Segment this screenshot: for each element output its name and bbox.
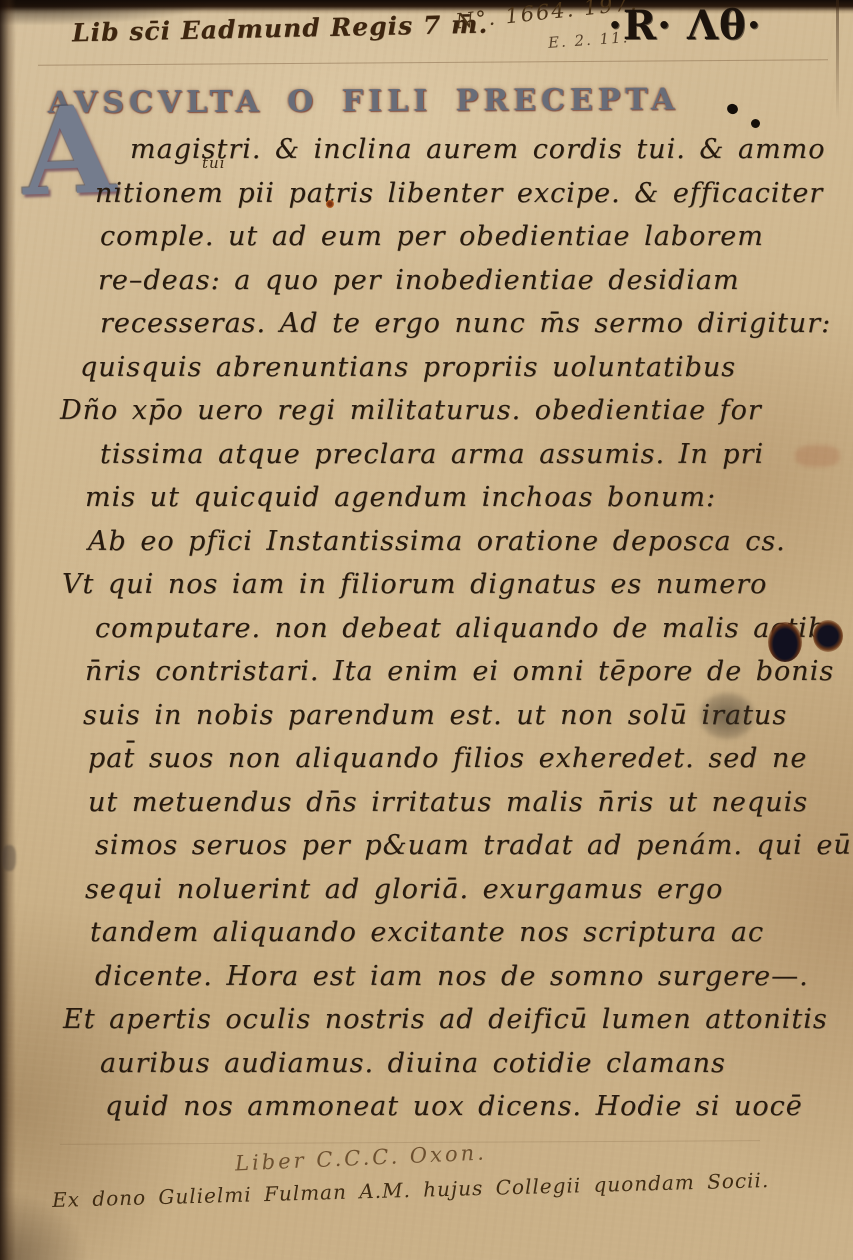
wax-speck <box>326 200 334 208</box>
manuscript-text-line: n̄ris contristari. Ita enim ei omni tēpo… <box>60 650 820 694</box>
page-edge-crease <box>836 0 839 120</box>
main-text-block: magistri. & inclina aurem cordis tui. & … <box>60 128 820 1129</box>
page-edge-left <box>0 0 16 1260</box>
manuscript-text-line: computare. non debeat aliquando de malis… <box>60 607 820 651</box>
manuscript-text-line: Dño xp̄o uero regi militaturus. obedient… <box>60 389 820 433</box>
manuscript-text-line: Vt qui nos iam in filiorum dignatus es n… <box>60 563 820 607</box>
ink-spot <box>751 119 760 128</box>
incipit-heading: AVSCVLTA O FILI PRECEPTA <box>48 82 688 120</box>
manuscript-text-line: tandem aliquando excitante nos scriptura… <box>60 911 820 955</box>
manuscript-text-line: quisquis abrenuntians propriis uoluntati… <box>60 346 820 390</box>
manuscript-text-line: recesseras. Ad te ergo nunc m̄s sermo di… <box>60 302 820 346</box>
manuscript-text-line: pat̄ suos non aliquando filios exheredet… <box>60 737 820 781</box>
manuscript-text-line: Ab eo pfici Instantissima oratione depos… <box>60 520 820 564</box>
manuscript-page: Lib sc̄i Eadmund Regis 7 m̄. N°. 1664. 1… <box>0 0 853 1260</box>
manuscript-text-line: mis ut quicquid agendum inchoas bonum: <box>60 476 820 520</box>
pressmark-letters: ·R· Λθ· <box>608 2 762 49</box>
manuscript-text-line: auribus audiamus. diuina cotidie clamans <box>60 1042 820 1086</box>
manuscript-text-line: re–deas: a quo per inobedientiae desidia… <box>60 259 820 303</box>
manuscript-text-line: tissima atque preclara arma assumis. In … <box>60 433 820 477</box>
manuscript-text-line: comple. ut ad eum per obedientiae labore… <box>60 215 820 259</box>
manuscript-text-line: sequi noluerint ad gloriā. exurgamus erg… <box>60 868 820 912</box>
manuscript-text-line: Et apertis oculis nostris ad deificū lum… <box>60 998 820 1042</box>
manuscript-text-line: simos seruos per p&uam tradat ad penám. … <box>60 824 820 868</box>
manuscript-text-line: magistri. & inclina aurem cordis tui. & … <box>60 128 820 172</box>
manuscript-text-line: ut metuendus dn̄s irritatus malis n̄ris … <box>60 781 820 825</box>
manuscript-text-line: nitionem pii patris libenter excipe. & e… <box>60 172 820 216</box>
wormhole <box>813 620 843 652</box>
manuscript-text-line: dicente. Hora est iam nos de somno surge… <box>60 955 820 999</box>
show-through-stain <box>795 445 840 467</box>
margin-blemish <box>2 845 16 871</box>
wormhole <box>768 622 802 662</box>
manuscript-text-line: quid nos ammoneat uox dicens. Hodie si u… <box>60 1085 820 1129</box>
ink-smudge <box>698 692 756 740</box>
